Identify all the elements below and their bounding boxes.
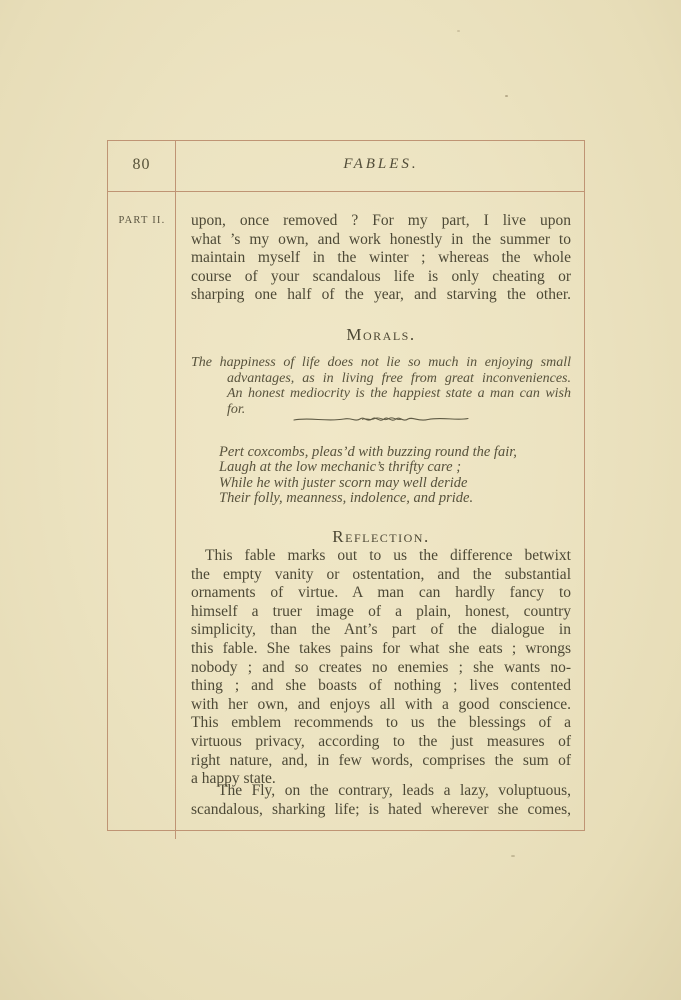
text-line: An honest mediocrity is the happiest sta… — [227, 386, 571, 402]
part-label: PART II. — [110, 215, 174, 226]
text-line: maintain myself in the winter ; whereas … — [191, 249, 571, 268]
text-line: thing ; and she boasts of nothing ; live… — [191, 677, 571, 696]
text-line: advantages, as in living free from great… — [227, 371, 571, 387]
reflection-paragraph: This fable marks out to us the differenc… — [191, 547, 571, 789]
reflection-heading: Reflection. — [191, 527, 571, 547]
scan-speck — [457, 30, 460, 32]
text-line: This emblem recommends to us the blessin… — [191, 714, 571, 733]
scanned-book-page: 80 FABLES. PART II. upon, once removed ?… — [0, 0, 681, 1000]
verse-quatrain: Pert coxcombs, pleas’d with buzzing roun… — [191, 445, 599, 506]
scan-speck — [511, 855, 515, 857]
text-line: The Fly, on the contrary, leads a lazy, … — [218, 782, 571, 801]
text-line: the empty vanity or ostentation, and the… — [191, 566, 571, 585]
text-line: sharping one half of the year, and starv… — [191, 286, 571, 305]
text-line: right nature, and, in few words, compris… — [191, 752, 571, 771]
text-line: himself a truer image of a plain, honest… — [191, 603, 571, 622]
text-line: While he with juster scorn may well deri… — [219, 476, 599, 491]
text-line: Pert coxcombs, pleas’d with buzzing roun… — [219, 445, 599, 460]
text-line: virtuous privacy, according to the just … — [191, 733, 571, 752]
text-line: with her own, and enjoys all with a good… — [191, 696, 571, 715]
text-line: scandalous, sharking life; is hated wher… — [191, 801, 571, 820]
morals-heading: Morals. — [191, 325, 571, 345]
text-line: Their folly, meanness, indolence, and pr… — [219, 491, 599, 506]
text-line: course of your scandalous life is only c… — [191, 268, 571, 287]
column-divider-line — [175, 141, 176, 839]
scan-speck — [505, 95, 508, 97]
page-frame: 80 FABLES. PART II. upon, once removed ?… — [107, 140, 585, 831]
text-line: simplicity, than the Ant’s part of the d… — [191, 621, 571, 640]
text-line: Laugh at the low mechanic’s thrifty care… — [219, 460, 599, 475]
paragraph-continuation: upon, once removed ? For my part, I live… — [191, 212, 571, 305]
divider-flourish-icon — [191, 414, 571, 432]
fly-paragraph: The Fly, on the contrary, leads a lazy, … — [191, 782, 571, 819]
text-line: upon, once removed ? For my part, I live… — [191, 212, 571, 231]
text-line: this fable. She takes pains for what she… — [191, 640, 571, 659]
text-line: what ’s my own, and work honestly in the… — [191, 231, 571, 250]
morals-text: The happiness of life does not lie so mu… — [191, 355, 571, 417]
page-number: 80 — [108, 156, 175, 174]
text-line: nobody ; and so creates no enemies ; she… — [191, 659, 571, 678]
text-line: The happiness of life does not lie so mu… — [191, 355, 571, 371]
text-column: upon, once removed ? For my part, I live… — [191, 141, 571, 830]
text-line: This fable marks out to us the differenc… — [205, 547, 571, 566]
text-line: ornaments of virtue. A man can hardly fa… — [191, 584, 571, 603]
